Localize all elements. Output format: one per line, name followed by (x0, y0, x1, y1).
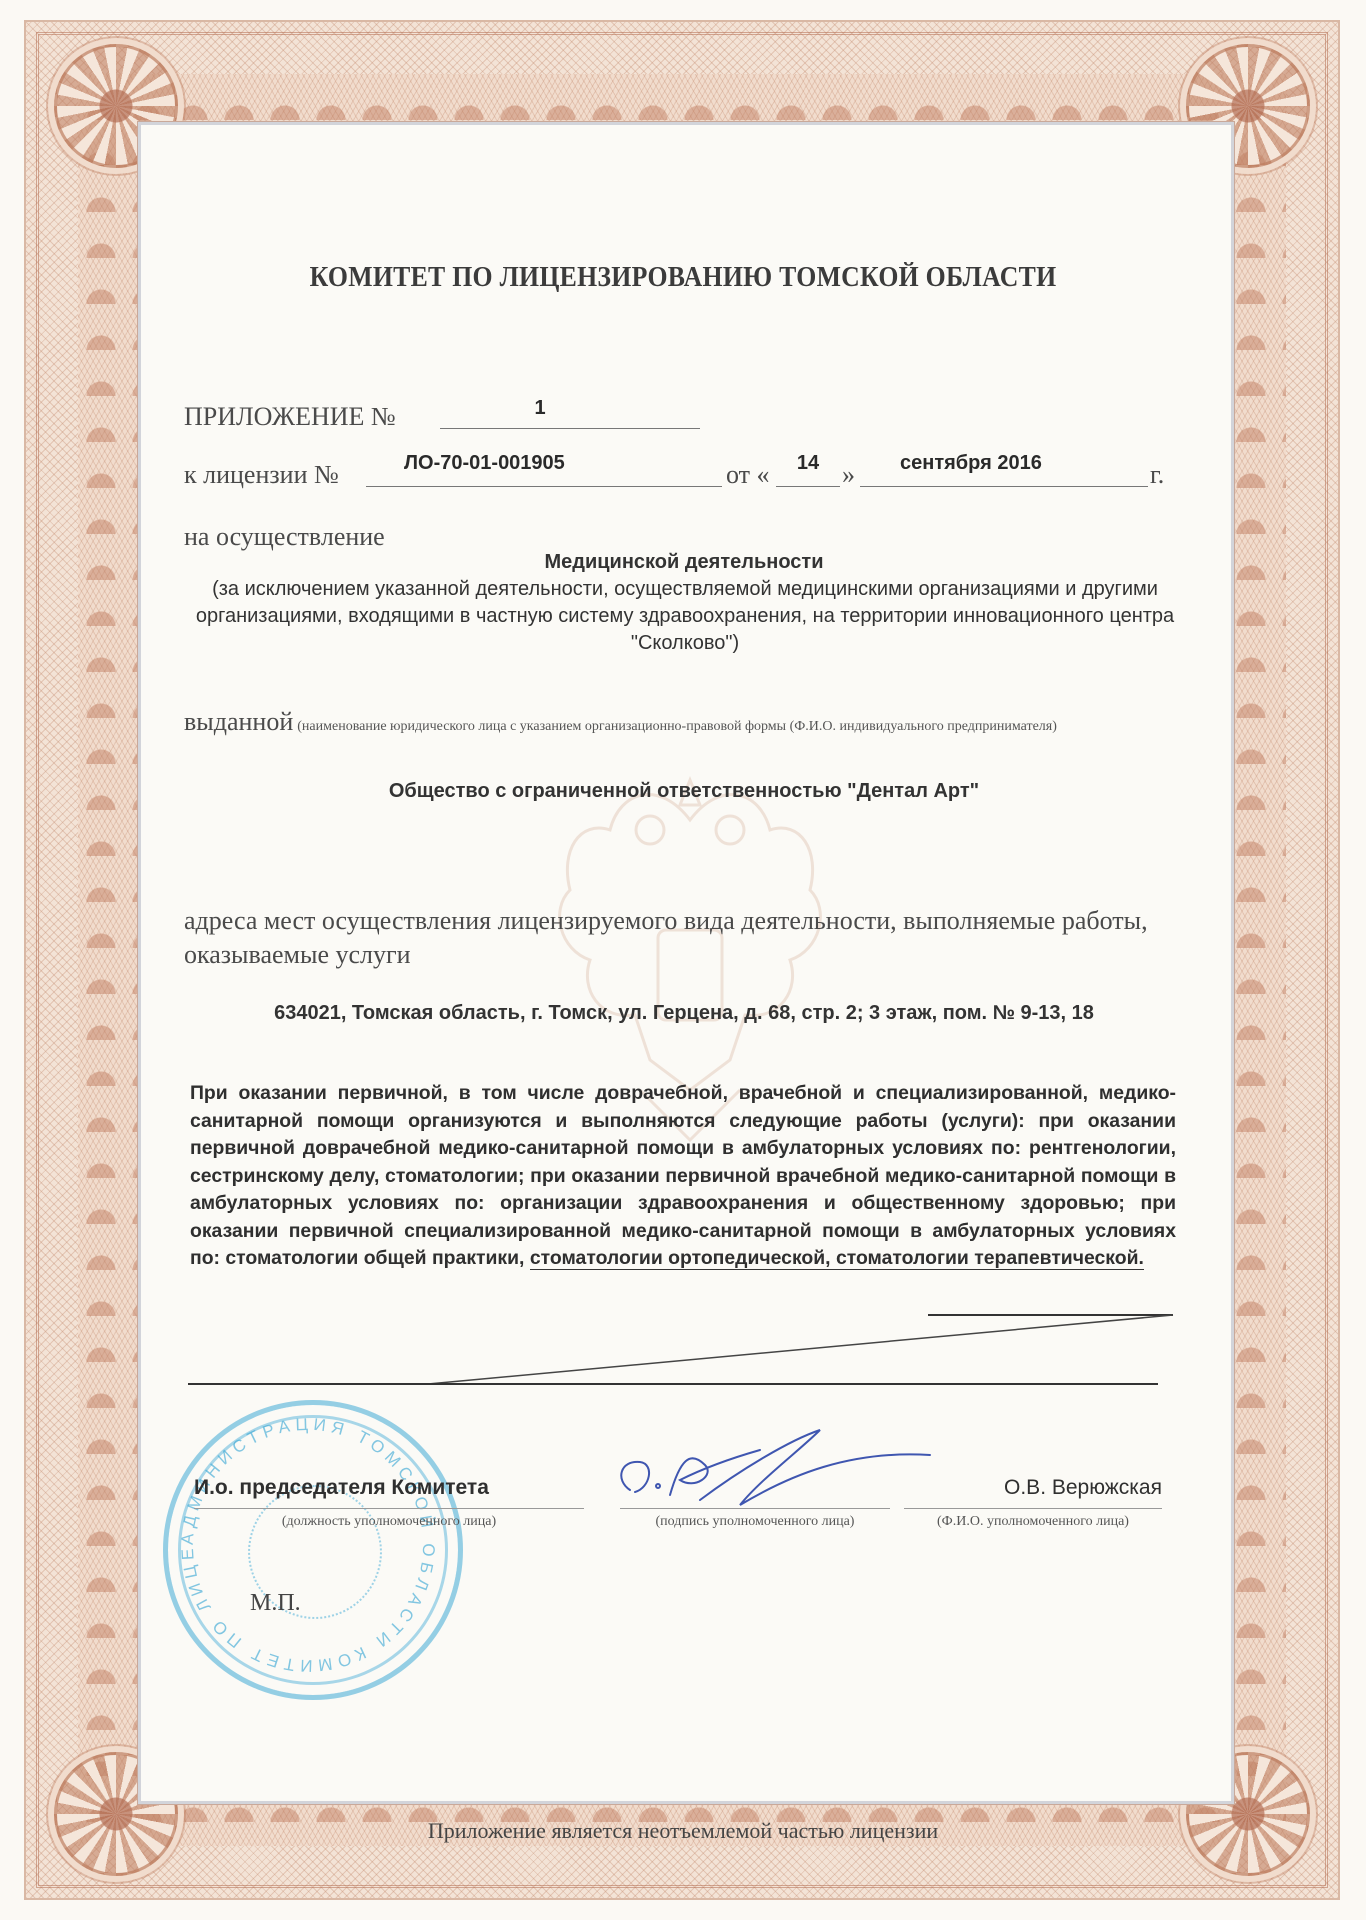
issued-to-label: выданной (184, 707, 293, 736)
activity-label: на осуществление (184, 522, 385, 552)
works-services-text: При оказании первичной, в том числе довр… (190, 1080, 1176, 1273)
svg-text:АДМИНИСТРАЦИЯ ТОМСКОЙ ОБЛАСТИ: АДМИНИСТРАЦИЯ ТОМСКОЙ ОБЛАСТИ КОМИТЕТ ПО… (163, 1400, 438, 1675)
footer-note: Приложение является неотъемлемой частью … (180, 1818, 1186, 1844)
license-day-line (776, 486, 840, 487)
license-month-year: сентября 2016 (900, 452, 1042, 475)
filler-strike-lines (188, 1312, 1178, 1387)
seal-place-mark: М.П. (250, 1590, 301, 1617)
license-number: ЛО-70-01-001905 (404, 452, 565, 475)
position-line (194, 1508, 584, 1509)
position-hint: (должность уполномоченного лица) (194, 1514, 584, 1530)
license-day: 14 (790, 452, 826, 475)
issued-to-block: выданной (наименование юридического лица… (184, 704, 1174, 745)
license-month-line (860, 486, 1148, 487)
license-date-prefix: от « (726, 460, 770, 490)
license-date-mid: » (842, 460, 855, 490)
works-text-underlined: стоматологии ортопедической, стоматологи… (530, 1247, 1144, 1270)
appendix-number-line (440, 428, 700, 429)
issued-to-hint: (наименование юридического лица с указан… (297, 719, 1057, 734)
appendix-label: ПРИЛОЖЕНИЕ № (184, 402, 396, 432)
license-label: к лицензии № (184, 460, 339, 490)
handwritten-signature (610, 1420, 940, 1510)
organization-name: Общество с ограниченной ответственностью… (184, 778, 1184, 805)
signature-line (620, 1508, 890, 1509)
address: 634021, Томская область, г. Томск, ул. Г… (184, 1000, 1184, 1027)
signatory-position: И.о. председателя Комитета (194, 1476, 489, 1500)
activity-name: Медицинской деятельности (184, 549, 1184, 576)
appendix-number: 1 (515, 397, 565, 420)
issuer-title: КОМИТЕТ ПО ЛИЦЕНЗИРОВАНИЮ ТОМСКОЙ ОБЛАСТ… (220, 262, 1146, 294)
license-year-suffix: г. (1150, 460, 1164, 490)
works-text-main: При оказании первичной, в том числе довр… (190, 1082, 1176, 1269)
official-seal-stamp: АДМИНИСТРАЦИЯ ТОМСКОЙ ОБЛАСТИ КОМИТЕТ ПО… (163, 1400, 463, 1700)
signatory-name: О.В. Верюжская (904, 1476, 1162, 1500)
signature-hint: (подпись уполномоченного лица) (620, 1514, 890, 1530)
addresses-label: адреса мест осуществления лицензируемого… (184, 904, 1174, 972)
activity-exclusion: (за исключением указанной деятельности, … (190, 576, 1180, 657)
seal-ring-text: АДМИНИСТРАЦИЯ ТОМСКОЙ ОБЛАСТИ КОМИТЕТ ПО… (163, 1400, 453, 1690)
name-line (904, 1508, 1162, 1509)
name-hint: (Ф.И.О. уполномоченного лица) (904, 1514, 1162, 1530)
license-number-line (366, 486, 722, 487)
